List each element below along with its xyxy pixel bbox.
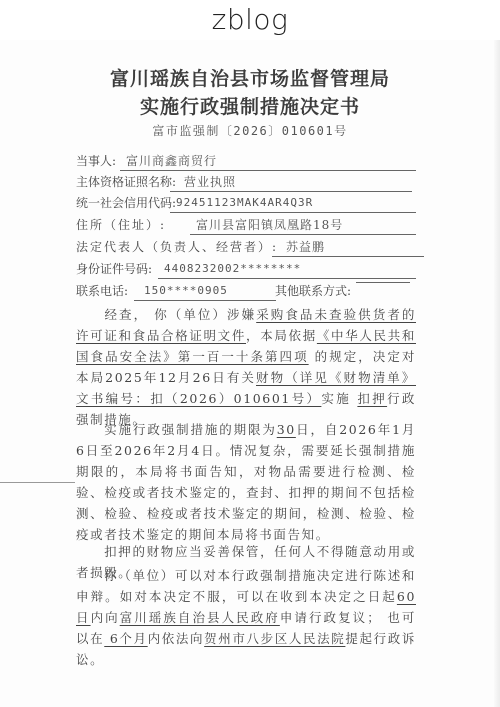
paragraph-appeal: 你（单位）可以对本行政强制措施决定进行陈述和申辩。如对本决定不服，可以在收到本决… — [76, 565, 416, 670]
license-name-label: 主体资格证照名称: — [76, 175, 176, 189]
party-label: 当事人: — [76, 154, 116, 168]
p1-text-1: 经查， 你（单位）涉嫌 — [104, 307, 256, 322]
p4-court: 贺州市八步区人民法院 — [204, 631, 345, 646]
site-header: zblog — [0, 0, 500, 40]
other-contact-label: 其他联系方式: — [275, 282, 351, 300]
credit-code-value: 92451123MAK4AR4Q3R — [170, 194, 416, 213]
paragraph-duration: 实施行政强制措施的期限为30日，自2026年1月6日至2026年2月4日。情况复… — [76, 419, 416, 545]
phone-value: 150****0905 — [134, 282, 276, 301]
license-name-value: 营业执照 — [170, 173, 412, 192]
p4-reconsideration-body: 富川瑶族自治县人民政府 — [120, 610, 280, 625]
page-edge-shadow — [494, 40, 500, 707]
p4-litigation-period: 6个月 — [104, 631, 147, 646]
site-logo[interactable]: zblog — [212, 3, 289, 36]
p2-days: 30 — [277, 422, 296, 437]
credit-code-label: 统一社会信用代码: — [76, 196, 176, 210]
issuing-authority-title: 富川瑶族自治县市场监督管理局 — [0, 64, 500, 91]
p4-text-2: 内向 — [91, 610, 120, 625]
p1-text-2: ，本局依据 — [246, 328, 317, 343]
field-license-name: 主体资格证照名称: 营业执照 — [76, 173, 176, 191]
field-phone: 联系电话: 150****0905 其他联系方式: — [76, 282, 128, 300]
p4-text-1: 你（单位）可以对本行政强制措施决定进行陈述和申辩。如对本决定不服，可以在收到本决… — [76, 568, 416, 604]
field-legal-rep: 法定代表人（负责人、经营者）: 苏益鹏 — [76, 238, 278, 256]
p2-text-2: 日，自2026年1月6日至2026年2月4日。情况复杂，需要延长强制措施期限的，… — [76, 422, 416, 542]
party-value: 富川商鑫商贸行 — [120, 152, 416, 171]
id-number-label: 身份证件号码: — [76, 262, 152, 276]
address-label: 住所（住址）: — [76, 218, 166, 232]
other-contact-value — [356, 282, 410, 283]
p1-measure: 扣押 — [357, 391, 387, 406]
field-party: 当事人: 富川商鑫商贸行 — [76, 152, 116, 170]
field-credit-code: 统一社会信用代码: 92451123MAK4AR4Q3R — [76, 194, 176, 212]
document-title: 实施行政强制措施决定书 — [0, 92, 500, 119]
legal-rep-label: 法定代表人（负责人、经营者）: — [76, 240, 278, 254]
document-number: 富市监强制〔2026〕010601号 — [0, 122, 500, 139]
phone-label: 联系电话: — [76, 284, 128, 298]
address-value: 富川县富阳镇凤凰路18号 — [190, 216, 416, 235]
p2-text-1: 实施行政强制措施的期限为 — [104, 422, 277, 437]
field-address: 住所（住址）: 富川县富阳镇凤凰路18号 — [76, 216, 166, 234]
id-number-value: 4408232002******** — [158, 260, 416, 279]
paragraph-findings: 经查， 你（单位）涉嫌采购食品未查验供货者的许可证和食品合格证明文件，本局依据《… — [76, 304, 416, 430]
legal-rep-value: 苏益鹏 — [272, 238, 424, 257]
p1-text-4: 实施 — [321, 391, 357, 406]
scan-artifact-line — [0, 482, 75, 483]
field-id-number: 身份证件号码: 4408232002******** — [76, 260, 152, 278]
p4-text-4: 内依法向 — [148, 631, 205, 646]
